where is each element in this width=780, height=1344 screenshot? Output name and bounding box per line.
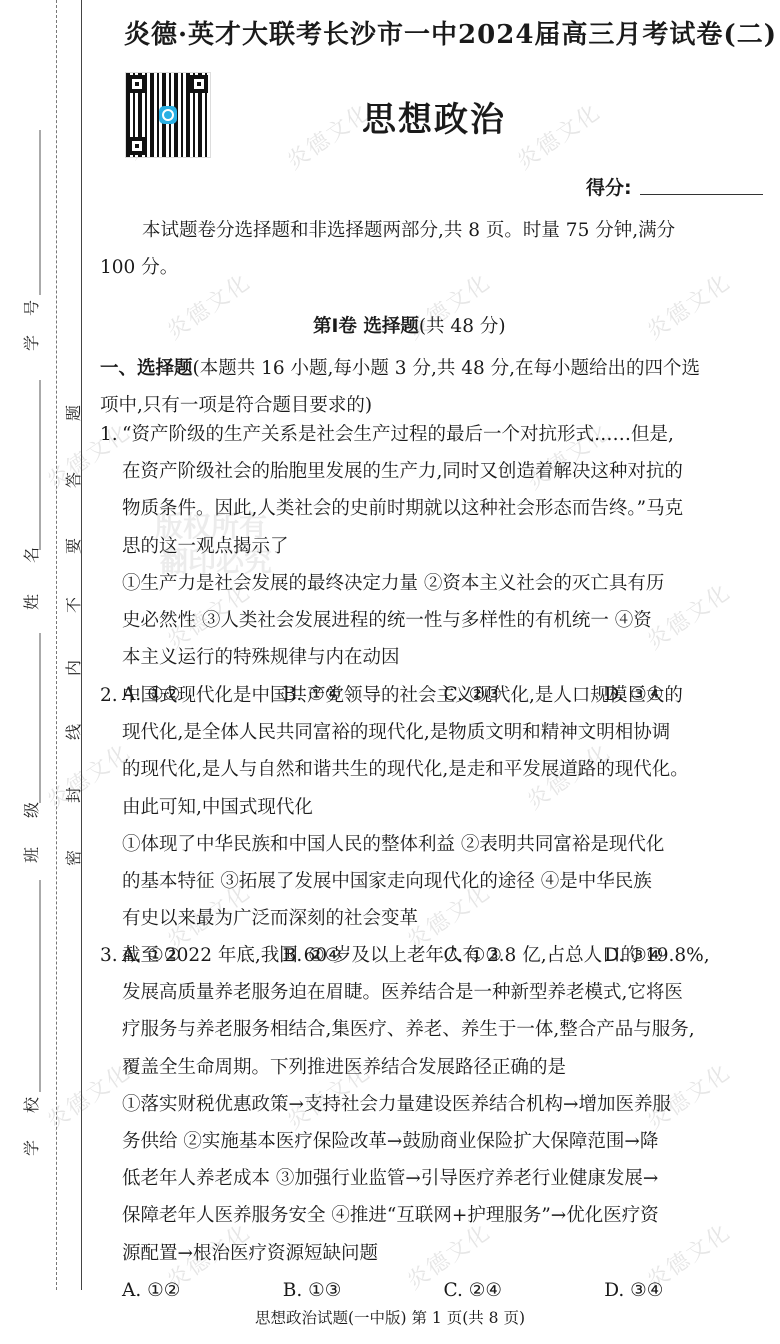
field-label-class-char2: 班 — [22, 845, 42, 865]
question-text: 思的这一观点揭示了 — [100, 528, 765, 565]
watermark: 炎德文化 — [510, 95, 606, 175]
qr-finder-pattern — [128, 75, 146, 93]
field-label-name-char1: 名 — [22, 545, 42, 565]
instructions-line: 100 分。 — [100, 249, 765, 286]
seal-char: 答 — [64, 470, 84, 490]
exam-instructions: 本试题卷分选择题和非选择题两部分,共 8 页。时量 75 分钟,满分 100 分… — [100, 212, 765, 286]
question-1: 1.“资产阶级的生产关系是社会生产过程的最后一个对抗形式……但是, 在资产阶级社… — [100, 416, 765, 714]
part-instructions-line: (本题共 16 小题,每小题 3 分,共 48 分,在每小题给出的四个选 — [193, 358, 701, 379]
field-label-student-id-char2: 学 — [22, 333, 42, 353]
part-instructions: 一、选择题(本题共 16 小题,每小题 3 分,共 48 分,在每小题给出的四个… — [100, 350, 765, 424]
seal-char: 题 — [64, 403, 84, 423]
option-c[interactable]: C. ②④ — [444, 1272, 605, 1309]
field-label-school-char2: 学 — [22, 1138, 42, 1158]
question-text: 现代化,是全体人民共同富裕的现代化,是物质文明和精神文明相协调 — [100, 714, 765, 751]
score-fill-line[interactable] — [640, 194, 763, 195]
question-text: 发展高质量养老服务迫在眉睫。医养结合是一种新型养老模式,它将医 — [100, 974, 765, 1011]
question-number: 3. — [100, 937, 122, 974]
question-statement: 本主义运行的特殊规律与内在动因 — [100, 639, 765, 676]
student-id-fill-line[interactable] — [39, 130, 41, 295]
question-text: 在资产阶级社会的胎胞里发展的生产力,同时又创造着解决这种对抗的 — [100, 453, 765, 490]
seal-char: 封 — [64, 785, 84, 805]
question-text: 中国式现代化是中国共产党领导的社会主义现代化,是人口规模巨大的 — [122, 685, 683, 706]
option-a[interactable]: A. ①② — [122, 1272, 283, 1309]
field-label-name-char2: 姓 — [22, 592, 42, 612]
seal-char: 线 — [64, 722, 84, 742]
question-statement: 源配置→根治医疗资源短缺问题 — [100, 1235, 765, 1272]
question-statement: ①体现了中华民族和中国人民的整体利益 ②表明共同富裕是现代化 — [100, 826, 765, 863]
part-heading: 一、选择题 — [100, 358, 193, 379]
margin-solid-line — [81, 0, 82, 1290]
field-label-school-char1: 校 — [22, 1095, 42, 1115]
section-title: 第Ⅰ卷 选择题(共 48 分) — [313, 312, 506, 338]
score-label: 得分: — [586, 173, 632, 200]
question-statement: ①落实财税优惠政策→支持社会力量建设医养结合机构→增加医养服 — [100, 1086, 765, 1123]
seal-char: 密 — [64, 848, 84, 868]
question-text: 由此可知,中国式现代化 — [100, 789, 765, 826]
qr-logo-icon — [159, 106, 177, 124]
field-label-class-char1: 级 — [22, 800, 42, 820]
question-number: 1. — [100, 416, 122, 453]
class-fill-line[interactable] — [39, 633, 41, 803]
question-text: 截至 2022 年底,我国 60 岁及以上老年人有 2.8 亿,占总人口的 19… — [122, 945, 710, 966]
question-statement: 低老年人养老成本 ③加强行业监管→引导医疗养老行业健康发展→ — [100, 1160, 765, 1197]
seal-char: 内 — [64, 658, 84, 678]
section-title-points: (共 48 分) — [419, 316, 506, 337]
subject-title: 思想政治 — [362, 92, 506, 141]
question-statement: 保障老年人医养服务安全 ④推进“互联网+护理服务”→优化医疗资 — [100, 1197, 765, 1234]
margin-seal-dashed-line — [56, 0, 57, 1290]
question-statement: 务供给 ②实施基本医疗保险改革→鼓励商业保险扩大保障范围→降 — [100, 1123, 765, 1160]
question-text: 物质条件。因此,人类社会的史前时期就以这种社会形态而告终。”马克 — [100, 490, 765, 527]
page-footer: 思想政治试题(一中版) 第 1 页(共 8 页) — [0, 1306, 780, 1328]
question-statement: 有史以来最为广泛而深刻的社会变革 — [100, 900, 765, 937]
question-3: 3.截至 2022 年底,我国 60 岁及以上老年人有 2.8 亿,占总人口的 … — [100, 937, 765, 1309]
question-2: 2.中国式现代化是中国共产党领导的社会主义现代化,是人口规模巨大的 现代化,是全… — [100, 677, 765, 975]
question-text: 疗服务与养老服务相结合,集医疗、养老、养生于一体,整合产品与服务, — [100, 1011, 765, 1048]
name-fill-line[interactable] — [39, 380, 41, 550]
answer-options: A. ①② B. ①③ C. ②④ D. ③④ — [100, 1272, 765, 1309]
seal-char: 不 — [64, 595, 84, 615]
school-fill-line[interactable] — [39, 880, 41, 1092]
qr-finder-pattern — [128, 137, 146, 155]
section-title-bold: 第Ⅰ卷 选择题 — [313, 316, 419, 337]
question-text: “资产阶级的生产关系是社会生产过程的最后一个对抗形式……但是, — [122, 424, 674, 445]
field-label-student-id-char1: 号 — [22, 298, 42, 318]
question-number: 2. — [100, 677, 122, 714]
question-text: 覆盖全生命周期。下列推进医养结合发展路径正确的是 — [100, 1049, 765, 1086]
question-statement: 史必然性 ③人类社会发展进程的统一性与多样性的有机统一 ④资 — [100, 602, 765, 639]
exam-title: 炎德·英才大联考长沙市一中2024届高三月考试卷(二) — [124, 14, 777, 51]
question-statement: ①生产力是社会发展的最终决定力量 ②资本主义社会的灭亡具有历 — [100, 565, 765, 602]
option-b[interactable]: B. ①③ — [283, 1272, 444, 1309]
instructions-line: 本试题卷分选择题和非选择题两部分,共 8 页。时量 75 分钟,满分 — [100, 212, 765, 249]
question-text: 的现代化,是人与自然和谐共生的现代化,是走和平发展道路的现代化。 — [100, 751, 765, 788]
seal-char: 要 — [64, 536, 84, 556]
qr-code-icon[interactable] — [125, 72, 211, 158]
question-statement: 的基本特征 ③拓展了发展中国家走向现代化的途径 ④是中华民族 — [100, 863, 765, 900]
qr-finder-pattern — [190, 75, 208, 93]
option-d[interactable]: D. ③④ — [604, 1272, 765, 1309]
